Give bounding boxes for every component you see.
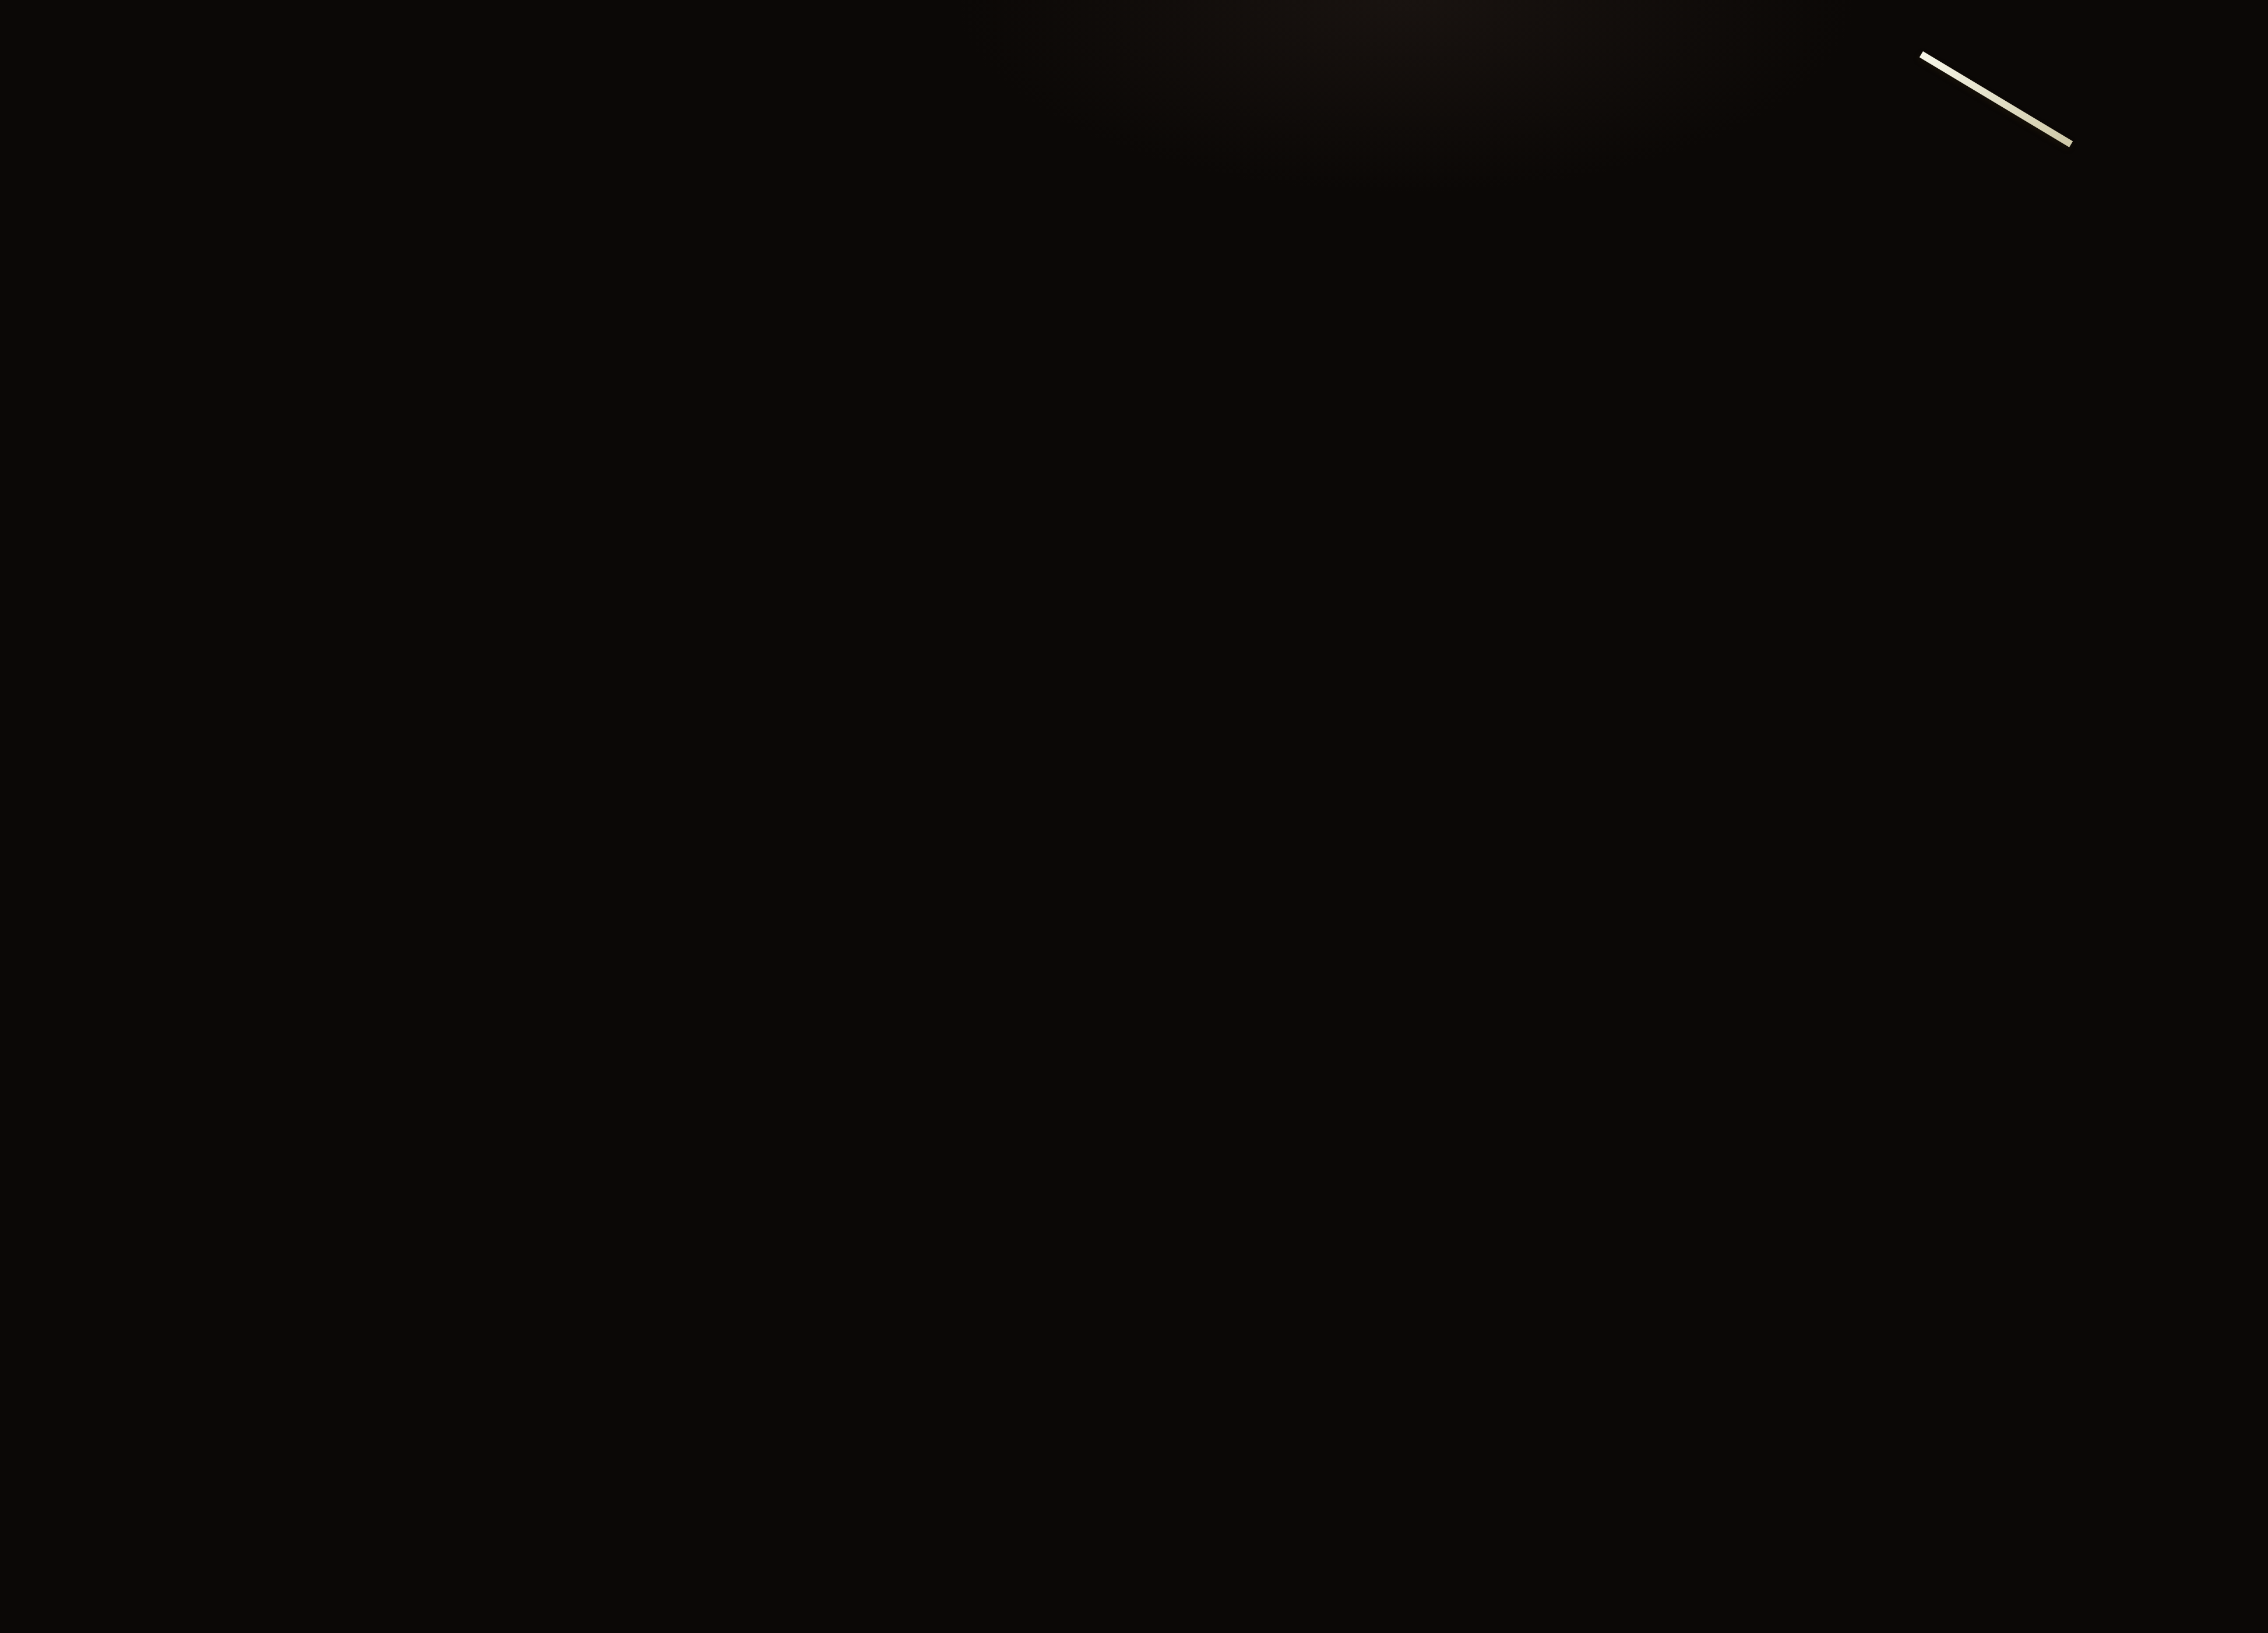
wormhole — [10, 147, 38, 169]
wormhole — [270, 47, 287, 61]
manuscript-line: Bouvoys. Consul francois gastier masson … — [2, 96, 184, 150]
manuscript-line: Tout ce — [108, 185, 207, 217]
manuscript-line: Donniroy deux pans & les cottes a propor… — [2, 151, 226, 205]
fleur-de-lis-stamp — [198, 63, 670, 267]
manuscript-line: De la maniere quil estoit au paravant, f… — [10, 766, 234, 820]
left-page-text: Lequel a offert De faire Les Reparatione… — [0, 0, 243, 1436]
manuscript-line: sera ffini & recepté & a marqué pour ne … — [90, 357, 968, 431]
manuscript-line: faire & — [115, 236, 211, 267]
manuscript-line: Droit de pierre De taille a la porte par… — [12, 817, 235, 872]
marque-label: Marque dud — [224, 1324, 392, 1362]
manuscript-line: lest moyenant le prix & — [687, 199, 993, 239]
manuscript-line: moyenant la somme De quarante Cinq Livre… — [10, 447, 192, 501]
manuscript-line: moitie en Comensant Le travail & lautre … — [110, 305, 968, 378]
manuscript-line: a lescalier De lad. maison, bouchera par… — [13, 971, 237, 1025]
manuscript-line: lad. maison que les autres & retratera l… — [6, 407, 230, 461]
wormhole — [527, 0, 543, 16]
manuscript-line: mesme aux trois moulins sil y en a quelq… — [16, 1176, 240, 1230]
ink-stain — [315, 76, 373, 103]
ink-mark — [72, 66, 79, 101]
margin-note-line: autres offres sur les reparations — [646, 599, 999, 640]
dog-ear-fold — [1920, 51, 2073, 147]
wormhole — [552, 7, 564, 20]
manuscript-line: a pre dessus encore De reparer la murail… — [7, 297, 189, 351]
wormhole — [100, 172, 150, 196]
page-crease — [554, 35, 629, 1608]
manuscript-line: Somme De quarante Cinq Livres qui luy se… — [119, 252, 989, 326]
signature-bouffin: Bouffin consul — [198, 520, 478, 572]
manuscript-line: moulins De lad. maison ainsin que le mun… — [6, 458, 230, 513]
manuscript-line: que le travail sera fini & recepte & a m… — [12, 547, 194, 601]
signature-paraph — [140, 565, 629, 781]
wormhole — [342, 54, 365, 69]
manuscript-line: Chambre, il relevera sur le toil le tuye… — [4, 305, 228, 359]
manuscript-line: Du Cinquiesme novembre mille sept cens D… — [0, 0, 182, 50]
ink-blot-mark — [425, 1318, 498, 1385]
signature-bouffin: Bouffin consul — [716, 1331, 963, 1380]
marque-label: Marque dud. — [250, 431, 434, 470]
manuscript-line: pré Du S. ad. monton en y bouchan les tr… — [8, 561, 232, 615]
manuscript-line: fournira tout ce quil sera neces.re soit… — [19, 1329, 242, 1384]
manuscript-line: muniers, scavoir De repasse a la main to… — [1, 48, 224, 103]
manuscript-line: comest De taille pour la conservation, p… — [13, 919, 237, 974]
page-crease — [559, 23, 647, 1608]
manuscript-line: dessus & De plus De metre un lintal De b… — [5, 196, 186, 251]
manuscript-line: y a aud. moulin De la maniere que le mun… — [15, 1022, 238, 1076]
manuscript-line: matiere platre pierre Brute & taillée & … — [19, 1381, 243, 1435]
manuscript-line: Moitie au Comansemant Du travail & lautr… — [12, 497, 193, 551]
manuscript-line: moitie en Comensant Le travail & lautre … — [110, 305, 968, 378]
manuscript-line: aud. puis a laquelle metra un lintal De … — [12, 869, 236, 923]
manuscript-line: porte des puis des trois moulins qui va … — [8, 347, 190, 401]
manuscript-line: Refera un pied Droit De la porte prinsip… — [9, 612, 233, 666]
manuscript-line: sera ffini & recepté & a marqué pour ne … — [90, 357, 968, 431]
ink-stain — [452, 894, 492, 923]
manuscript-line: la maison Du moulin De Vina bouchera que… — [15, 1073, 239, 1127]
signature-barbarroux: Barbarroux consul — [635, 473, 930, 527]
manuscript-line: Dune autheur convenable, reparera les De… — [5, 356, 229, 410]
manuscript-book-photo: Lequel a offert De faire Les Reparatione… — [0, 0, 2268, 1633]
manuscript-line: qui va au moulin la quilira en sorte que… — [17, 1227, 241, 1281]
right-page-text: Du Cinquiesme novembre mille sept cens D… — [0, 0, 194, 601]
signature-paraph — [731, 542, 953, 658]
margin-note-line: des maisons des moulins — [651, 642, 923, 679]
manuscript-line: maison en sorte quon y la puisse farmer,… — [9, 664, 233, 718]
signature-barthelemy: Barthelemy — [614, 420, 766, 457]
manuscript-line: maisons & a legard De celles Du munier i… — [1, 100, 225, 154]
manuscript-line: Du munier il y fera deux giet Du platre … — [3, 253, 227, 308]
manuscript-line: propos — Reparera la muraille qui tourne… — [7, 510, 231, 564]
notarial-cross-mark — [522, 408, 594, 527]
wormhole — [995, 235, 1050, 261]
manuscript-line: trois moulins il relevera la muraille De… — [10, 715, 234, 769]
page-number: 727 — [795, 26, 902, 90]
signature-paraph — [594, 1372, 1020, 1489]
manuscript-line: pard. nous greffier & en presence Du S. … — [1, 46, 183, 100]
ink-stain — [204, 1011, 256, 1054]
manuscript-line: a offert De faire les Reparationes Inser… — [3, 146, 185, 200]
ink-stain — [172, 1544, 199, 1571]
manuscript-line: Donner une plus grosse pante, a laquelle… — [3, 202, 227, 256]
ink-stain — [664, 1573, 705, 1600]
manuscript-line: De lapartement Du munier pour soutenir l… — [6, 246, 188, 301]
manuscript-line: quil y a Du platre quil y a au plancher … — [16, 1124, 240, 1179]
manuscript-line: pavillon De Mr. Desparra De Chaulan De l… — [9, 397, 191, 451]
manuscript-line: Lequel a offert De faire Les Reparatione… — [0, 0, 224, 51]
signature-gastier: gastier — [550, 1328, 646, 1363]
manuscript-line: Somme De quarante Cinq Livres qui luy se… — [119, 252, 989, 326]
manuscript-line: fermer pour lesquelles reparations led. … — [18, 1278, 242, 1332]
manuscript-line: quil conviendra fere ausy & — [632, 114, 994, 163]
